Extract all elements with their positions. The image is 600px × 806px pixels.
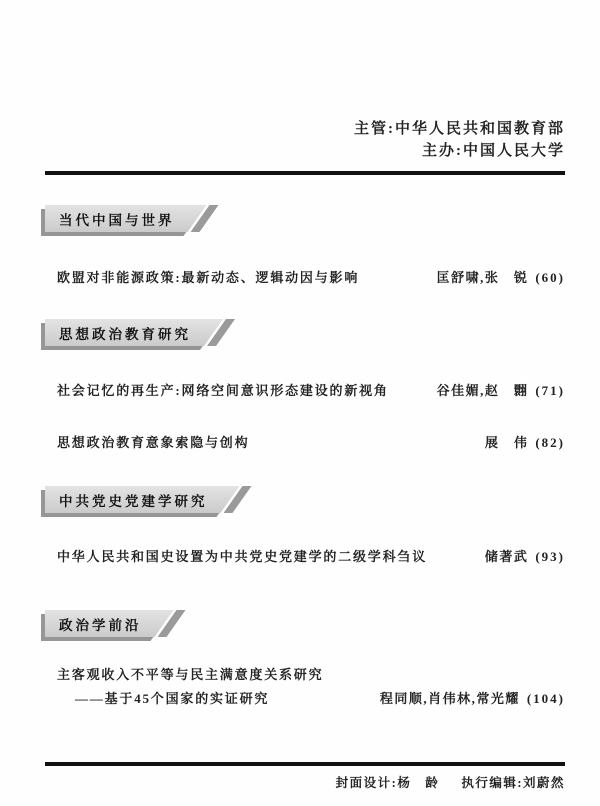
article-title: 社会记忆的再生产:网络空间意识形态建设的新视角 <box>57 381 389 401</box>
section-title: 中共党史党建学研究 <box>45 486 240 513</box>
masthead: 主管:中华人民共和国教育部 主办:中国人民大学 <box>45 118 565 162</box>
section-banner-contemporary-china: 当代中国与世界 <box>45 205 207 232</box>
article-page: (60) <box>535 268 565 288</box>
article-meta: 程同顺,肖伟林,常光耀 (104) <box>380 689 565 709</box>
article-authors: 谷佳媚,赵 翾 <box>437 381 529 401</box>
journal-toc-page: 主管:中华人民共和国教育部 主办:中国人民大学 当代中国与世界 欧盟对非能源政策… <box>0 0 600 806</box>
toc-entry: 社会记忆的再生产:网络空间意识形态建设的新视角 谷佳媚,赵 翾 (71) <box>45 381 565 401</box>
article-title: 主客观收入不平等与民主满意度关系研究 <box>57 665 323 685</box>
article-authors: 程同顺,肖伟林,常光耀 <box>380 689 520 709</box>
section-banner-political-science-frontier: 政治学前沿 <box>45 610 174 637</box>
article-meta: 展 伟 (82) <box>485 433 565 453</box>
article-title: 中华人民共和国史设置为中共党史党建学的二级学科刍议 <box>57 547 427 567</box>
toc-entry: 主客观收入不平等与民主满意度关系研究 <box>45 665 565 685</box>
article-subtitle: ——基于45个国家的实证研究 <box>57 689 269 709</box>
top-rule <box>45 171 565 175</box>
sponsor-line: 主办:中国人民大学 <box>45 140 565 162</box>
toc-entry: 中华人民共和国史设置为中共党史党建学的二级学科刍议 储著武 (93) <box>45 547 565 567</box>
section-title: 当代中国与世界 <box>45 205 207 232</box>
article-page: (93) <box>535 547 565 567</box>
executive-editor-credit: 执行编辑:刘蔚然 <box>461 773 565 791</box>
bottom-rule <box>45 762 565 766</box>
section-title: 政治学前沿 <box>45 610 174 637</box>
article-title: 欧盟对非能源政策:最新动态、逻辑动因与影响 <box>57 268 359 288</box>
section-banner-party-history: 中共党史党建学研究 <box>45 486 240 513</box>
toc-entry: 思想政治教育意象索隐与创构 展 伟 (82) <box>45 433 565 453</box>
article-page: (71) <box>535 381 565 401</box>
article-authors: 展 伟 <box>485 433 529 453</box>
toc-entry: 欧盟对非能源政策:最新动态、逻辑动因与影响 匡舒啸,张 锐 (60) <box>45 268 565 288</box>
page-bottom: 封面设计:杨 龄 执行编辑:刘蔚然 <box>45 762 565 791</box>
article-authors: 匡舒啸,张 锐 <box>437 268 529 288</box>
toc-entry-subtitle-row: ——基于45个国家的实证研究 程同顺,肖伟林,常光耀 (104) <box>45 689 565 709</box>
article-meta: 谷佳媚,赵 翾 (71) <box>437 381 565 401</box>
section-title: 思想政治教育研究 <box>45 319 223 346</box>
cover-design-credit: 封面设计:杨 龄 <box>336 773 440 791</box>
article-title: 思想政治教育意象索隐与创构 <box>57 433 249 453</box>
article-meta: 匡舒啸,张 锐 (60) <box>437 268 565 288</box>
article-page: (104) <box>527 689 565 709</box>
article-meta: 储著武 (93) <box>485 547 565 567</box>
footer: 封面设计:杨 龄 执行编辑:刘蔚然 <box>45 773 565 791</box>
section-banner-ideological-education: 思想政治教育研究 <box>45 319 223 346</box>
article-authors: 储著武 <box>485 547 529 567</box>
supervisor-line: 主管:中华人民共和国教育部 <box>45 118 565 140</box>
article-page: (82) <box>535 433 565 453</box>
